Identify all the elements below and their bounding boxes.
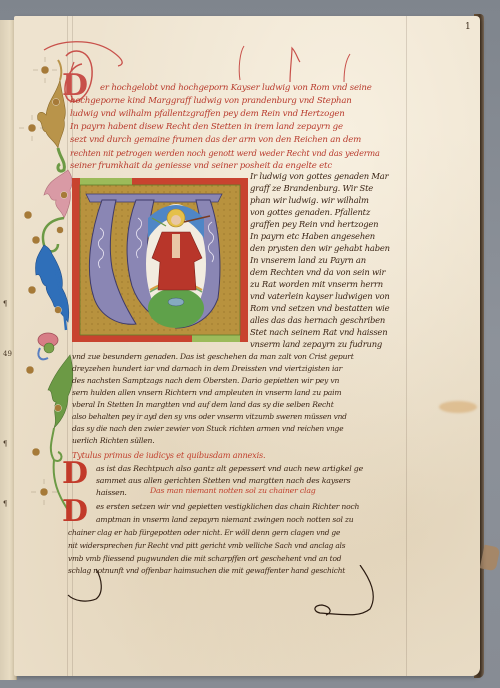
text-line: des nachsten Samptzags nach dem Obersten… xyxy=(72,376,339,385)
text-line: also behalten pey ir ayd den sy vns oder… xyxy=(72,412,347,421)
sub-rubric: Das man niemant notten sol zu chainer cl… xyxy=(150,486,316,495)
chapter-rubric: Tytulus primus de iudicys et quibusdam a… xyxy=(72,450,265,460)
text-line: alles das das hernach geschriben xyxy=(250,315,385,325)
text-line: sern hulden allen vnsern Richtern vnd am… xyxy=(72,388,341,397)
text-line: es ersten setzen wir vnd gepietten vesti… xyxy=(96,502,359,511)
incipit-line: er hochgelobt vnd hochgeporn Kayser ludw… xyxy=(100,83,372,93)
descender-flourish-icon xyxy=(60,565,400,625)
text-line: vnd zue besundern genaden. Das ist gesch… xyxy=(72,352,354,361)
incipit-line: In payrn habent disew Recht den Stetten … xyxy=(70,122,343,132)
text-line: In vnserem land zu Payrn an xyxy=(250,255,366,265)
text-line: vmb vmb fliessend pugwunden die mit scha… xyxy=(68,554,341,563)
text-line: das sy die nach den zwier zewier von Stu… xyxy=(72,424,343,433)
text-line: den prysten den wir gehabt haben xyxy=(250,243,390,253)
folio-number: 1 xyxy=(465,22,471,32)
text-line: zu Rat worden mit vnserm herrn xyxy=(250,279,383,289)
margin-mark: ¶ xyxy=(3,300,7,308)
ruling-line xyxy=(406,16,407,676)
incipit-line: ludwig vnd wilhalm pfallentzgraffen pey … xyxy=(70,109,345,119)
text-line: as ist das Rechtpuch also gantz alt gepe… xyxy=(96,464,363,473)
incipit-line: sezt vnd durch gemaine frumen das der ar… xyxy=(70,135,361,145)
text-line: dem Rechten vnd da von sein wir xyxy=(250,267,385,277)
incipit-line: hochgeporne kind Marggraff ludwig von pr… xyxy=(70,96,352,106)
text-line: amptman in vnserm land zepayrn niemant z… xyxy=(96,515,353,524)
incipit-line: seiner frumkhait da geniesse vnd seiner … xyxy=(70,161,332,171)
illuminated-initial-icon xyxy=(72,178,248,342)
text-line: Ir ludwig von gottes genaden Mar xyxy=(250,171,388,181)
text-line: graff ze Brandenburg. Wir Ste xyxy=(250,183,373,193)
text-line: chainer clag er hab fürgepotten oder nic… xyxy=(68,528,340,537)
text-line: nit widersprechen fur Recht vnd pitt ger… xyxy=(68,541,345,550)
text-line: uerlich Richten süllen. xyxy=(72,436,154,445)
margin-mark: 49 xyxy=(3,350,12,358)
chapter-initial: D xyxy=(62,456,88,491)
text-line: vnd vaterlein kayser ludwigen von xyxy=(250,291,390,301)
text-line: haissen. xyxy=(96,488,127,497)
text-line: vnserm land zepayrn zu fudrung xyxy=(250,339,382,349)
section-initial: D xyxy=(62,494,88,529)
text-line: Rom vnd setzen vnd bestatten wie xyxy=(250,303,389,313)
margin-mark: ¶ xyxy=(3,440,7,448)
margin-mark: ¶ xyxy=(3,500,7,508)
text-line: vberal In Stetten In margtten vnd auf de… xyxy=(72,400,334,409)
text-line: dreyzehen hundert iar vnd darnach in dem… xyxy=(72,364,342,373)
text-line: graffen pey Rein vnd hertzogen xyxy=(250,219,378,229)
text-line: phan wir ludwig. wir wilhalm xyxy=(250,195,369,205)
text-line: sammet aus allen gerichten Stetten vnd m… xyxy=(96,476,350,485)
water-stain xyxy=(439,401,477,413)
text-line: von gottes genaden. Pfallentz xyxy=(250,207,370,217)
incipit-line: rechten nit petrogen werden noch genott … xyxy=(70,148,380,158)
text-line: Stet nach seinem Rat vnd haissen xyxy=(250,327,387,337)
text-line: In payrn etc Haben angesehen xyxy=(250,231,375,241)
